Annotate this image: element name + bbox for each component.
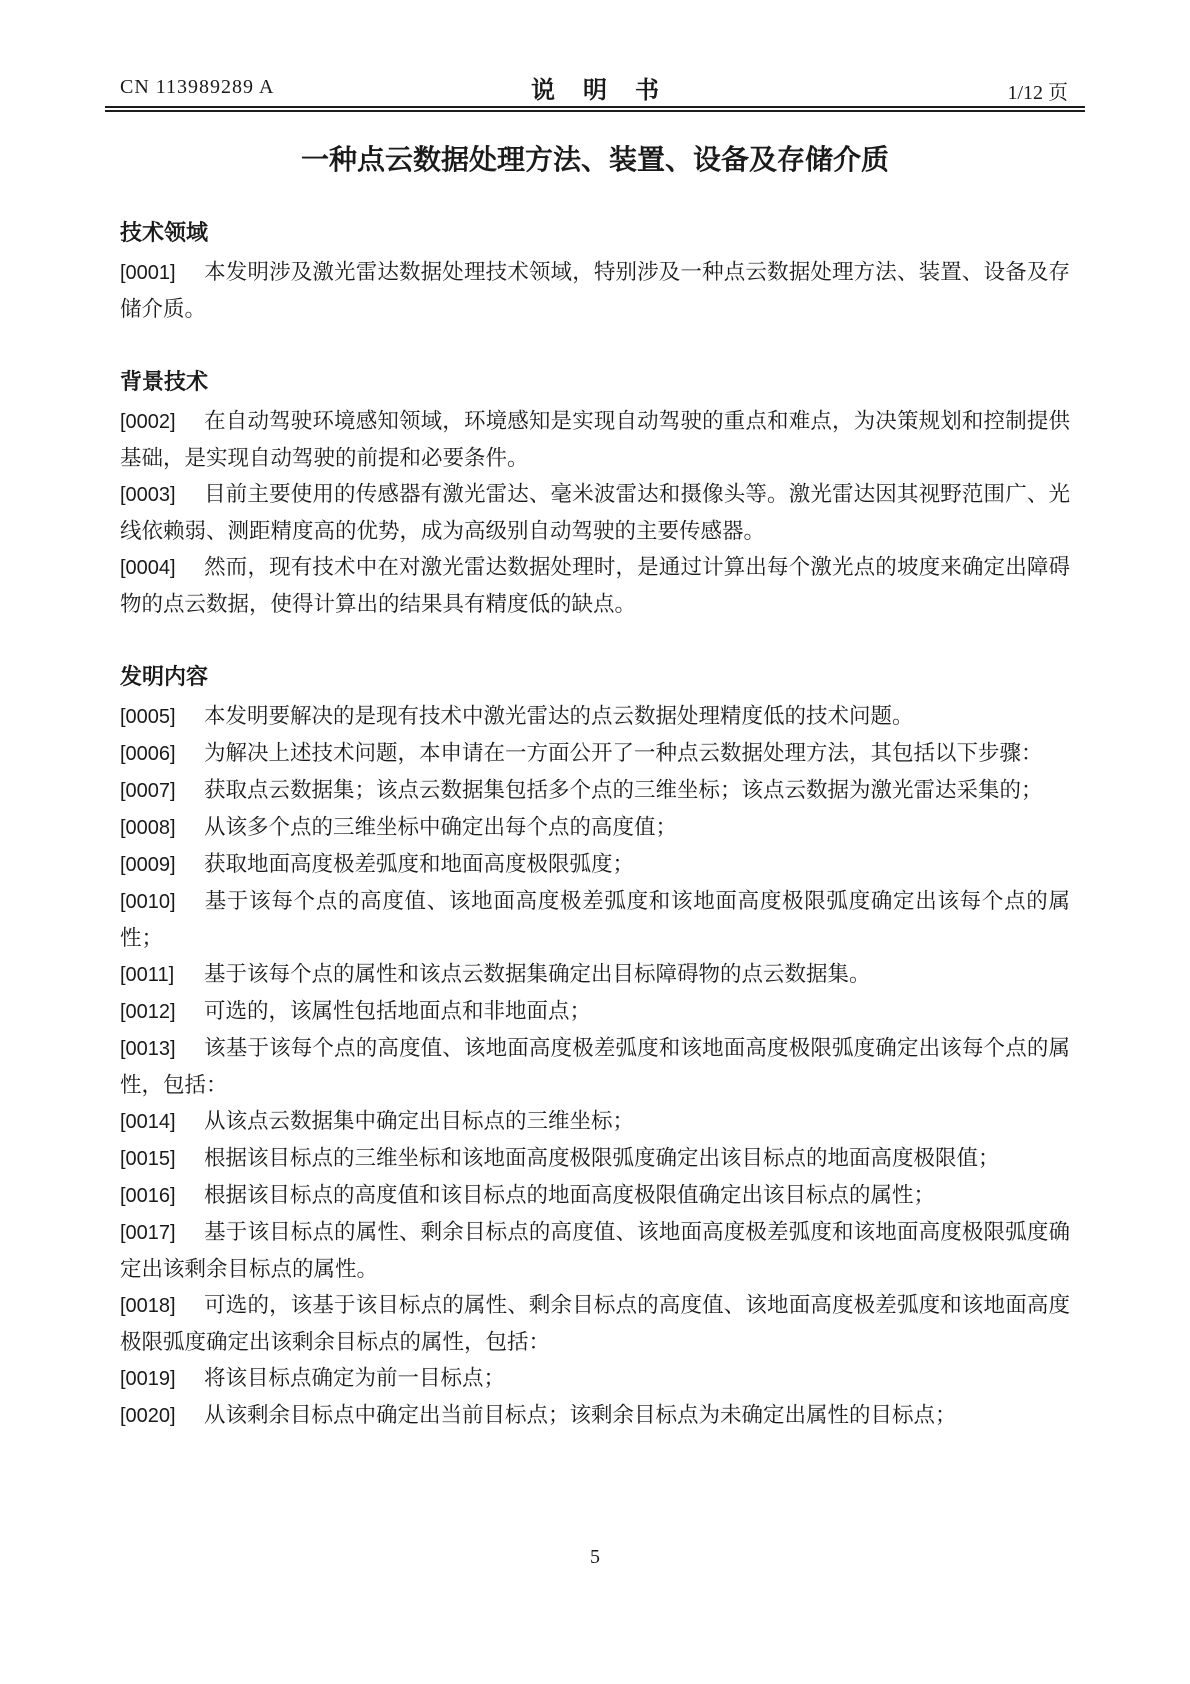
- paragraph-text: 为解决上述技术问题，本申请在一方面公开了一种点云数据处理方法，其包括以下步骤：: [204, 741, 1043, 765]
- paragraph: [0015]根据该目标点的三维坐标和该地面高度极限弧度确定出该目标点的地面高度极…: [120, 1140, 1070, 1177]
- paragraph-text: 在自动驾驶环境感知领域，环境感知是实现自动驾驶的重点和难点，为决策规划和控制提供…: [120, 409, 1070, 470]
- paragraph-text: 该基于该每个点的高度值、该地面高度极差弧度和该地面高度极限弧度确定出该每个点的属…: [120, 1036, 1070, 1097]
- paragraph: [0006]为解决上述技术问题，本申请在一方面公开了一种点云数据处理方法，其包括…: [120, 735, 1070, 772]
- document-number: CN 113989289 A: [120, 76, 274, 99]
- document-type-label: 说明书: [531, 70, 687, 105]
- section-heading: 发明内容: [120, 659, 1070, 695]
- paragraph: [0002]在自动驾驶环境感知领域，环境感知是实现自动驾驶的重点和难点，为决策规…: [120, 403, 1070, 476]
- section-heading: 技术领域: [120, 215, 1070, 251]
- paragraph-text: 根据该目标点的高度值和该目标点的地面高度极限值确定出该目标点的属性；: [204, 1183, 935, 1207]
- paragraph: [0016]根据该目标点的高度值和该目标点的地面高度极限值确定出该目标点的属性；: [120, 1177, 1070, 1214]
- paragraph-text: 可选的，该属性包括地面点和非地面点；: [204, 999, 591, 1023]
- paragraph-text: 本发明要解决的是现有技术中激光雷达的点云数据处理精度低的技术问题。: [204, 704, 914, 728]
- paragraph: [0018]可选的，该基于该目标点的属性、剩余目标点的高度值、该地面高度极差弧度…: [120, 1287, 1070, 1360]
- paragraph-number: [0011]: [120, 957, 204, 993]
- paragraph: [0020]从该剩余目标点中确定出当前目标点；该剩余目标点为未确定出属性的目标点…: [120, 1397, 1070, 1434]
- page-footer: 5: [0, 1546, 1190, 1569]
- paragraph-text: 基于该目标点的属性、剩余目标点的高度值、该地面高度极差弧度和该地面高度极限弧度确…: [120, 1220, 1070, 1281]
- paragraph: [0013]该基于该每个点的高度值、该地面高度极差弧度和该地面高度极限弧度确定出…: [120, 1030, 1070, 1103]
- paragraph-number: [0015]: [120, 1141, 204, 1177]
- footer-page-number: 5: [590, 1546, 600, 1568]
- paragraph: [0009]获取地面高度极差弧度和地面高度极限弧度；: [120, 846, 1070, 883]
- paragraph-number: [0012]: [120, 994, 204, 1030]
- section-heading: 背景技术: [120, 364, 1070, 400]
- paragraph-number: [0008]: [120, 810, 204, 846]
- paragraph: [0012]可选的，该属性包括地面点和非地面点；: [120, 993, 1070, 1030]
- paragraph-text: 基于该每个点的高度值、该地面高度极差弧度和该地面高度极限弧度确定出该每个点的属性…: [120, 889, 1070, 950]
- paragraph-number: [0013]: [120, 1031, 204, 1067]
- paragraph-number: [0006]: [120, 736, 204, 772]
- paragraph: [0017]基于该目标点的属性、剩余目标点的高度值、该地面高度极差弧度和该地面高…: [120, 1214, 1070, 1287]
- paragraph-text: 获取点云数据集；该点云数据集包括多个点的三维坐标；该点云数据为激光雷达采集的；: [204, 778, 1043, 802]
- paragraph-number: [0009]: [120, 847, 204, 883]
- paragraph-number: [0005]: [120, 699, 204, 735]
- page-indicator: 1/12 页: [1007, 76, 1068, 105]
- paragraph-text: 基于该每个点的属性和该点云数据集确定出目标障碍物的点云数据集。: [204, 962, 871, 986]
- paragraph-text: 可选的，该基于该目标点的属性、剩余目标点的高度值、该地面高度极差弧度和该地面高度…: [120, 1293, 1070, 1354]
- paragraph-text: 根据该目标点的三维坐标和该地面高度极限弧度确定出该目标点的地面高度极限值；: [204, 1146, 1000, 1170]
- paragraph: [0010]基于该每个点的高度值、该地面高度极差弧度和该地面高度极限弧度确定出该…: [120, 883, 1070, 956]
- patent-specification-page: CN 113989289 A 说明书 1/12 页 一种点云数据处理方法、装置、…: [0, 0, 1190, 1684]
- paragraph: [0005]本发明要解决的是现有技术中激光雷达的点云数据处理精度低的技术问题。: [120, 698, 1070, 735]
- paragraph-number: [0002]: [120, 404, 204, 440]
- paragraph: [0019]将该目标点确定为前一目标点；: [120, 1360, 1070, 1397]
- paragraph-number: [0010]: [120, 884, 204, 920]
- paragraph-number: [0014]: [120, 1104, 204, 1140]
- paragraph: [0007]获取点云数据集；该点云数据集包括多个点的三维坐标；该点云数据为激光雷…: [120, 772, 1070, 809]
- paragraph: [0004]然而，现有技术中在对激光雷达数据处理时，是通过计算出每个激光点的坡度…: [120, 549, 1070, 622]
- paragraph: [0008]从该多个点的三维坐标中确定出每个点的高度值；: [120, 809, 1070, 846]
- patent-title: 一种点云数据处理方法、装置、设备及存储介质: [0, 138, 1190, 178]
- paragraph-text: 从该点云数据集中确定出目标点的三维坐标；: [204, 1109, 634, 1133]
- paragraph: [0003]目前主要使用的传感器有激光雷达、毫米波雷达和摄像头等。激光雷达因其视…: [120, 476, 1070, 549]
- paragraph-text: 本发明涉及激光雷达数据处理技术领域，特别涉及一种点云数据处理方法、装置、设备及存…: [120, 260, 1070, 321]
- paragraph-text: 目前主要使用的传感器有激光雷达、毫米波雷达和摄像头等。激光雷达因其视野范围广、光…: [120, 482, 1070, 543]
- paragraph-text: 从该多个点的三维坐标中确定出每个点的高度值；: [204, 815, 677, 839]
- paragraph: [0001]本发明涉及激光雷达数据处理技术领域，特别涉及一种点云数据处理方法、装…: [120, 254, 1070, 327]
- paragraph-number: [0020]: [120, 1398, 204, 1434]
- paragraph-text: 将该目标点确定为前一目标点；: [204, 1366, 505, 1390]
- paragraph-number: [0004]: [120, 550, 204, 586]
- paragraph-number: [0007]: [120, 773, 204, 809]
- document-body: 技术领域[0001]本发明涉及激光雷达数据处理技术领域，特别涉及一种点云数据处理…: [120, 215, 1070, 1434]
- paragraph-number: [0019]: [120, 1361, 204, 1397]
- paragraph-number: [0003]: [120, 477, 204, 513]
- paragraph-number: [0018]: [120, 1288, 204, 1324]
- paragraph-number: [0001]: [120, 255, 204, 291]
- paragraph-text: 获取地面高度极差弧度和地面高度极限弧度；: [204, 852, 634, 876]
- paragraph: [0014]从该点云数据集中确定出目标点的三维坐标；: [120, 1103, 1070, 1140]
- paragraph-number: [0017]: [120, 1215, 204, 1251]
- paragraph-text: 从该剩余目标点中确定出当前目标点；该剩余目标点为未确定出属性的目标点；: [204, 1403, 957, 1427]
- header-rule: [105, 106, 1085, 112]
- paragraph-text: 然而，现有技术中在对激光雷达数据处理时，是通过计算出每个激光点的坡度来确定出障碍…: [120, 555, 1070, 616]
- paragraph-number: [0016]: [120, 1178, 204, 1214]
- paragraph: [0011]基于该每个点的属性和该点云数据集确定出目标障碍物的点云数据集。: [120, 956, 1070, 993]
